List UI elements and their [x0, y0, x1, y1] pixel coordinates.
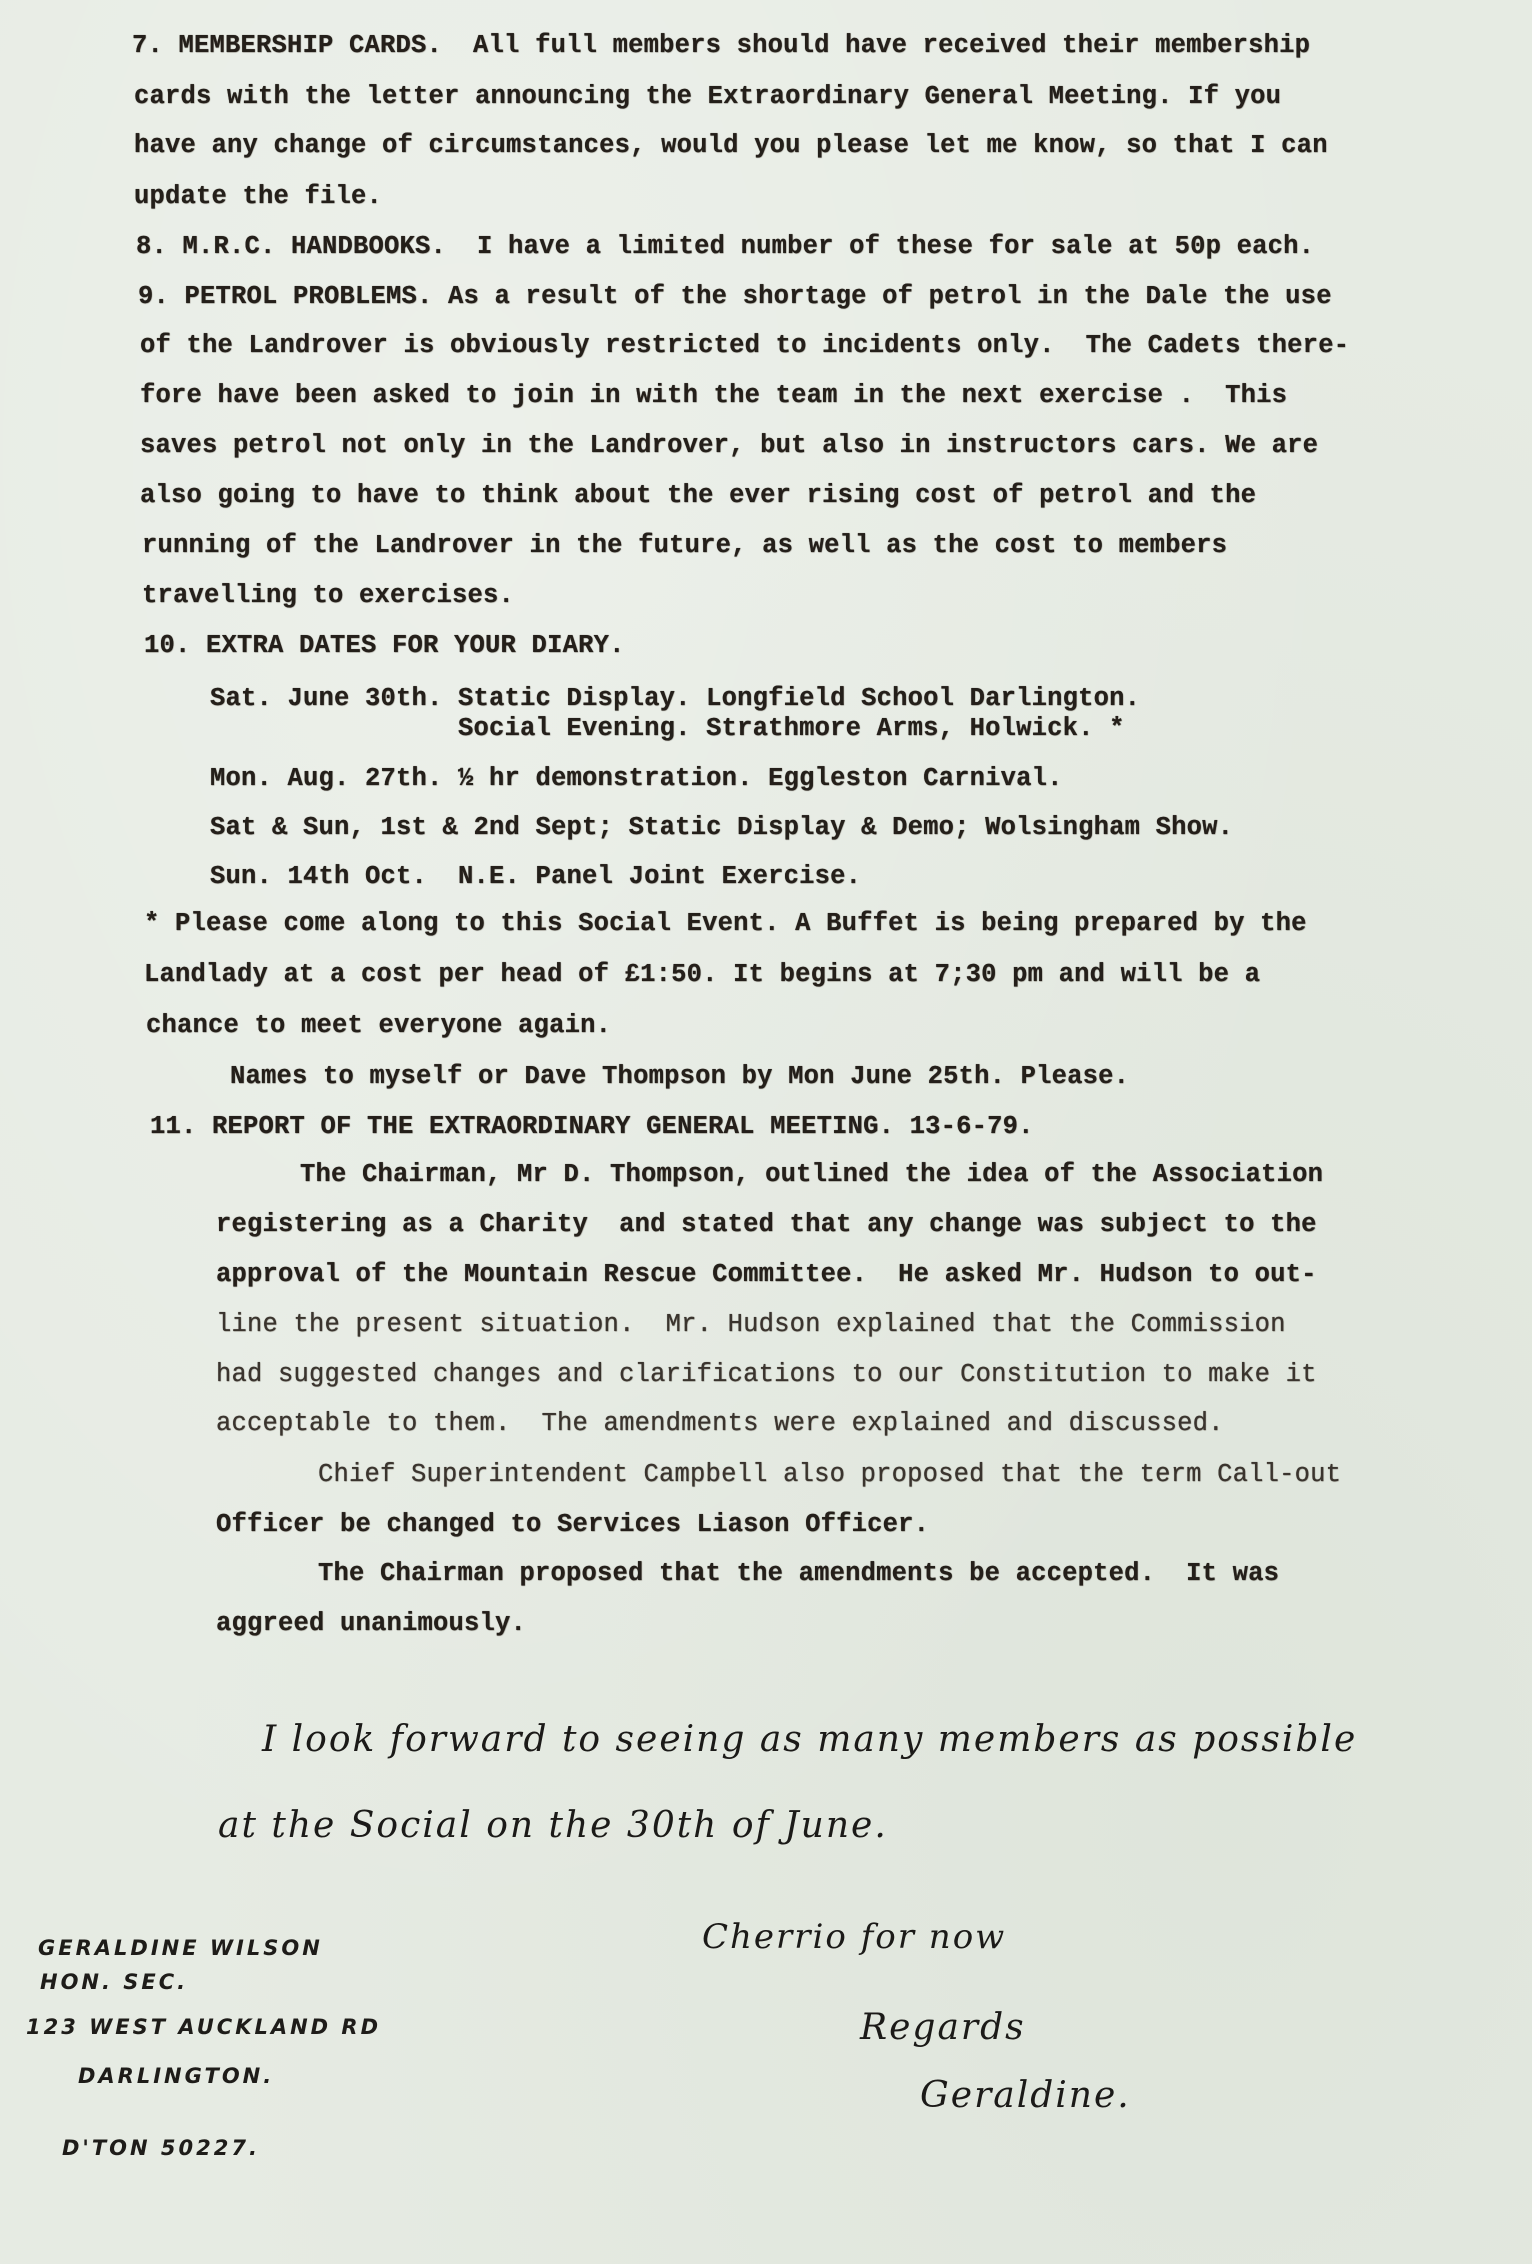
diary-date-4: Sun. 14th Oct. N.E. Panel Joint Exercise… [210, 864, 861, 890]
egm-para1-line-6: acceptable to them. The amendments were … [216, 1411, 1224, 1437]
egm-para3-line-2: aggreed unanimously. [216, 1611, 526, 1637]
handwritten-signature: Geraldine. [920, 2078, 1131, 2114]
section-9-line-6: running of the Landrover in the future, … [142, 533, 1227, 559]
section-9-line-7: travelling to exercises. [142, 583, 514, 609]
egm-para1-line-2: registering as a Charity and stated that… [216, 1212, 1317, 1238]
address-street: 123 WEST AUCKLAND RD [26, 2017, 381, 2038]
social-note-line-3: chance to meet everyone again. [146, 1013, 611, 1039]
egm-para1-line-1: The Chairman, Mr D. Thompson, outlined t… [300, 1162, 1323, 1188]
address-phone: D'TON 50227. [62, 2138, 260, 2159]
section-9-line-5: also going to have to think about the ev… [140, 483, 1256, 509]
section-9-line-4: saves petrol not only in the Landrover, … [140, 433, 1318, 459]
section-11-heading: 11. REPORT OF THE EXTRAORDINARY GENERAL … [150, 1114, 1034, 1140]
handwritten-closing-line-2: at the Social on the 30th of June. [218, 1808, 888, 1844]
address-name: GERALDINE WILSON [38, 1938, 323, 1959]
handwritten-regards: Regards [860, 2010, 1026, 2046]
section-7-line-1: 7. MEMBERSHIP CARDS. All full members sh… [132, 33, 1310, 59]
diary-date-3: Sat & Sun, 1st & 2nd Sept; Static Displa… [210, 815, 1233, 841]
social-note-line-1: * Please come along to this Social Event… [144, 911, 1307, 937]
diary-date-1b: Social Evening. Strathmore Arms, Holwick… [210, 716, 1125, 742]
handwritten-signoff: Cherrio for now [702, 1920, 1006, 1954]
diary-date-1: Sat. June 30th. Static Display. Longfiel… [210, 686, 1140, 712]
letter-page: 7. MEMBERSHIP CARDS. All full members sh… [0, 0, 1532, 2264]
section-7-line-2: cards with the letter announcing the Ext… [134, 84, 1281, 110]
section-9-line-2: of the Landrover is obviously restricted… [140, 333, 1349, 359]
section-9-line-3: fore have been asked to join in with the… [140, 383, 1287, 409]
section-7-line-3: have any change of circumstances, would … [134, 133, 1328, 159]
section-9-line-1: 9. PETROL PROBLEMS. As a result of the s… [138, 284, 1332, 310]
egm-para2-line-1: Chief Superintendent Campbell also propo… [318, 1462, 1341, 1488]
handwritten-closing-line-1: I look forward to seeing as many members… [262, 1722, 1357, 1758]
diary-date-2: Mon. Aug. 27th. ½ hr demonstration. Eggl… [210, 766, 1063, 792]
address-title: HON. SEC. [40, 1972, 188, 1993]
egm-para1-line-5: had suggested changes and clarifications… [216, 1362, 1317, 1388]
section-10-heading: 10. EXTRA DATES FOR YOUR DIARY. [144, 633, 625, 659]
egm-para1-line-4: line the present situation. Mr. Hudson e… [216, 1312, 1286, 1338]
section-8-line-1: 8. M.R.C. HANDBOOKS. I have a limited nu… [136, 234, 1314, 260]
egm-para1-line-3: approval of the Mountain Rescue Committe… [216, 1262, 1317, 1288]
names-deadline-line: Names to myself or Dave Thompson by Mon … [230, 1064, 1129, 1090]
social-note-line-2: Landlady at a cost per head of £1:50. It… [144, 962, 1260, 988]
egm-para2-line-2: Officer be changed to Services Liason Of… [216, 1512, 929, 1538]
address-town: DARLINGTON. [78, 2066, 274, 2087]
egm-para3-line-1: The Chairman proposed that the amendment… [318, 1561, 1279, 1587]
section-7-line-4: update the file. [134, 184, 382, 210]
